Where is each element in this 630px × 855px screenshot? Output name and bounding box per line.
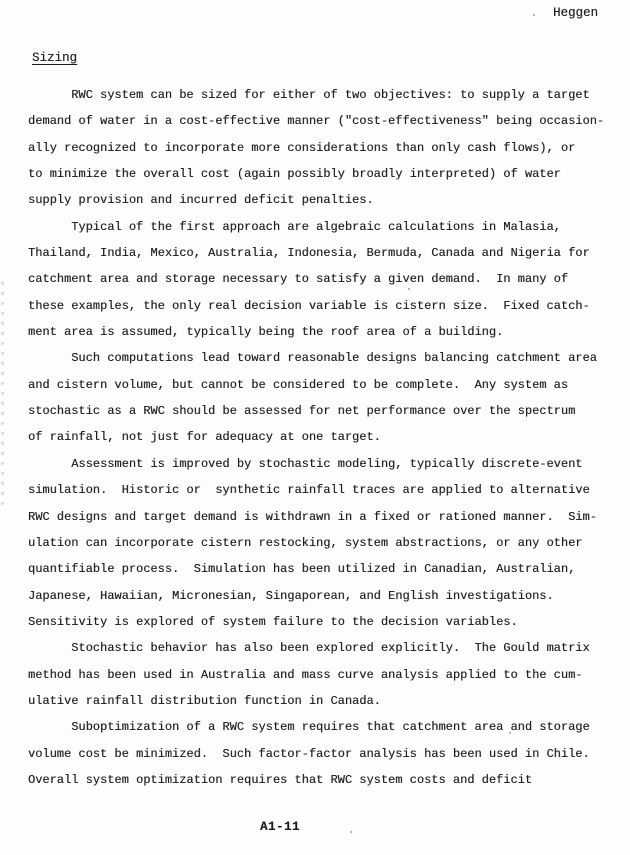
section-heading: Sizing bbox=[32, 51, 77, 65]
text-line: and cistern volume, but cannot be consid… bbox=[28, 372, 624, 398]
text-line: catchment area and storage necessary to … bbox=[28, 266, 624, 292]
text-line: to minimize the overall cost (again poss… bbox=[28, 161, 624, 187]
document-body: RWC system can be sized for either of tw… bbox=[28, 82, 624, 793]
text-line: ulative rainfall distribution function i… bbox=[28, 688, 624, 714]
paragraph: Stochastic behavior has also been explor… bbox=[28, 635, 624, 714]
scan-artifact bbox=[350, 831, 352, 833]
paragraph: RWC system can be sized for either of tw… bbox=[28, 82, 624, 214]
scan-artifact bbox=[408, 288, 410, 290]
paragraph: Such computations lead toward reasonable… bbox=[28, 345, 624, 450]
document-page: Heggen Sizing RWC system can be sized fo… bbox=[0, 0, 630, 855]
page-number: A1-11 bbox=[260, 820, 300, 834]
text-line: demand of water in a cost-effective mann… bbox=[28, 108, 624, 134]
scan-artifact bbox=[533, 14, 535, 16]
text-line: RWC designs and target demand is withdra… bbox=[28, 504, 624, 530]
paragraph: Suboptimization of a RWC system requires… bbox=[28, 714, 624, 793]
text-line: ally recognized to incorporate more cons… bbox=[28, 135, 624, 161]
text-line: Assessment is improved by stochastic mod… bbox=[28, 451, 624, 477]
paragraph: Assessment is improved by stochastic mod… bbox=[28, 451, 624, 635]
text-line: simulation. Historic or synthetic rainfa… bbox=[28, 477, 624, 503]
scan-artifact bbox=[509, 732, 511, 734]
page-header-author: Heggen bbox=[553, 6, 598, 20]
text-line: Suboptimization of a RWC system requires… bbox=[28, 714, 624, 740]
text-line: Such computations lead toward reasonable… bbox=[28, 345, 624, 371]
scan-artifact bbox=[1, 282, 4, 512]
text-line: Overall system optimization requires tha… bbox=[28, 767, 624, 793]
text-line: ment area is assumed, typically being th… bbox=[28, 319, 624, 345]
text-line: Typical of the first approach are algebr… bbox=[28, 214, 624, 240]
text-line: Sensitivity is explored of system failur… bbox=[28, 609, 624, 635]
text-line: RWC system can be sized for either of tw… bbox=[28, 82, 624, 108]
text-line: supply provision and incurred deficit pe… bbox=[28, 187, 624, 213]
text-line: stochastic as a RWC should be assessed f… bbox=[28, 398, 624, 424]
text-line: quantifiable process. Simulation has bee… bbox=[28, 556, 624, 582]
text-line: Thailand, India, Mexico, Australia, Indo… bbox=[28, 240, 624, 266]
text-line: these examples, the only real decision v… bbox=[28, 293, 624, 319]
text-line: Stochastic behavior has also been explor… bbox=[28, 635, 624, 661]
text-line: volume cost be minimized. Such factor-fa… bbox=[28, 741, 624, 767]
text-line: method has been used in Australia and ma… bbox=[28, 662, 624, 688]
text-line: Japanese, Hawaiian, Micronesian, Singapo… bbox=[28, 583, 624, 609]
text-line: ulation can incorporate cistern restocki… bbox=[28, 530, 624, 556]
paragraph: Typical of the first approach are algebr… bbox=[28, 214, 624, 346]
text-line: of rainfall, not just for adequacy at on… bbox=[28, 424, 624, 450]
